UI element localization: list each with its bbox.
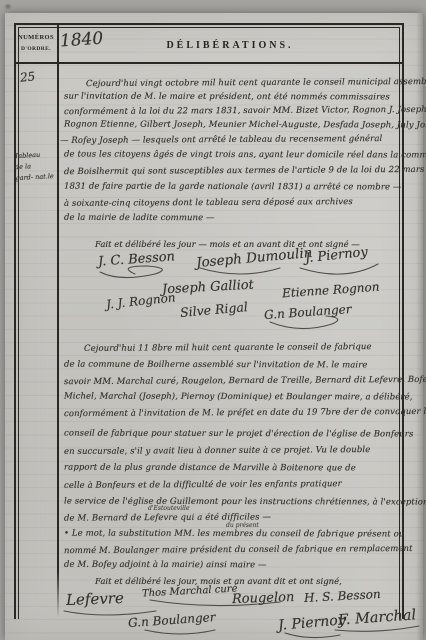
handwritten-line: le service de l'église de Guillemont pou… [64, 497, 426, 508]
handwritten-line: Cejourd'hui 11 8bre mil huit cent quaran… [84, 342, 372, 354]
handwritten-line: en succursale, s'il y avait lieu à donne… [64, 445, 370, 457]
margin-entry-number: 25 [19, 69, 36, 85]
page-title: DÉLIBÉRATIONS. [60, 40, 400, 51]
handwritten-line: • Le mot, la substitution MM. les membre… [64, 529, 404, 540]
margin-note: Tableau de la gard- nat.le [14, 149, 58, 184]
handwritten-line: 1831 de faire partie de la garde nationa… [64, 182, 402, 193]
handwritten-line: Cejourd'hui vingt octobre mil huit cent … [86, 77, 426, 89]
handwritten-line: de M. Bofey adjoint à la mairie) ainsi m… [64, 560, 267, 571]
interline-correction: d'Estouteville [148, 505, 190, 512]
handwritten-line: Michel, Marchal (Joseph), Piernoy (Domin… [64, 392, 413, 403]
header-bottom-rule [14, 62, 404, 64]
scan-corner-smudge [4, 3, 12, 10]
signature: Rougelon [232, 590, 295, 607]
handwritten-line: à soixante-cinq citoyens dont le tableau… [64, 197, 353, 209]
handwritten-line: de la commune de Boilherne assemblé sur … [64, 360, 368, 371]
handwritten-line: nommé M. Boulanger maire président du co… [64, 544, 413, 556]
signature: Lefevre [66, 589, 124, 609]
handwritten-line: de la mairie de ladite commune — [64, 213, 215, 223]
interline-correction: du présent [226, 522, 259, 529]
closing-formula: Fait et délibéré les jour — mois et an a… [95, 240, 360, 250]
handwritten-line: de tous les citoyens âgés de vingt trois… [64, 150, 426, 161]
handwritten-line: conseil de fabrique pour statuer sur le … [64, 429, 413, 440]
handwritten-line: rapport de la plus grande distance de Ma… [64, 463, 356, 474]
handwritten-line: Rognon Etienne, Gilbert Joseph, Meunier … [64, 120, 426, 131]
numeros-dordre-header: NUMÉROS D'ORDRE. [15, 34, 57, 52]
handwritten-line: — Rofey Joseph — lesquels ont arrêté le … [60, 134, 382, 146]
handwritten-line: celle à Bonfeurs et de la difficulté de … [64, 479, 342, 491]
numeros-column-divider [57, 24, 59, 618]
handwritten-year: 1840 [59, 29, 104, 52]
numeros-label-line2: D'ORDRE. [15, 46, 57, 52]
margin-note-line: gard- nat.le [15, 171, 58, 184]
handwritten-line: sur l'invitation de M. le maire et prési… [64, 92, 390, 103]
scanned-register-page: { "colors": { "paper": "#c9c8c3", "scan_… [0, 0, 426, 640]
numeros-label-line1: NUMÉROS [15, 34, 57, 41]
